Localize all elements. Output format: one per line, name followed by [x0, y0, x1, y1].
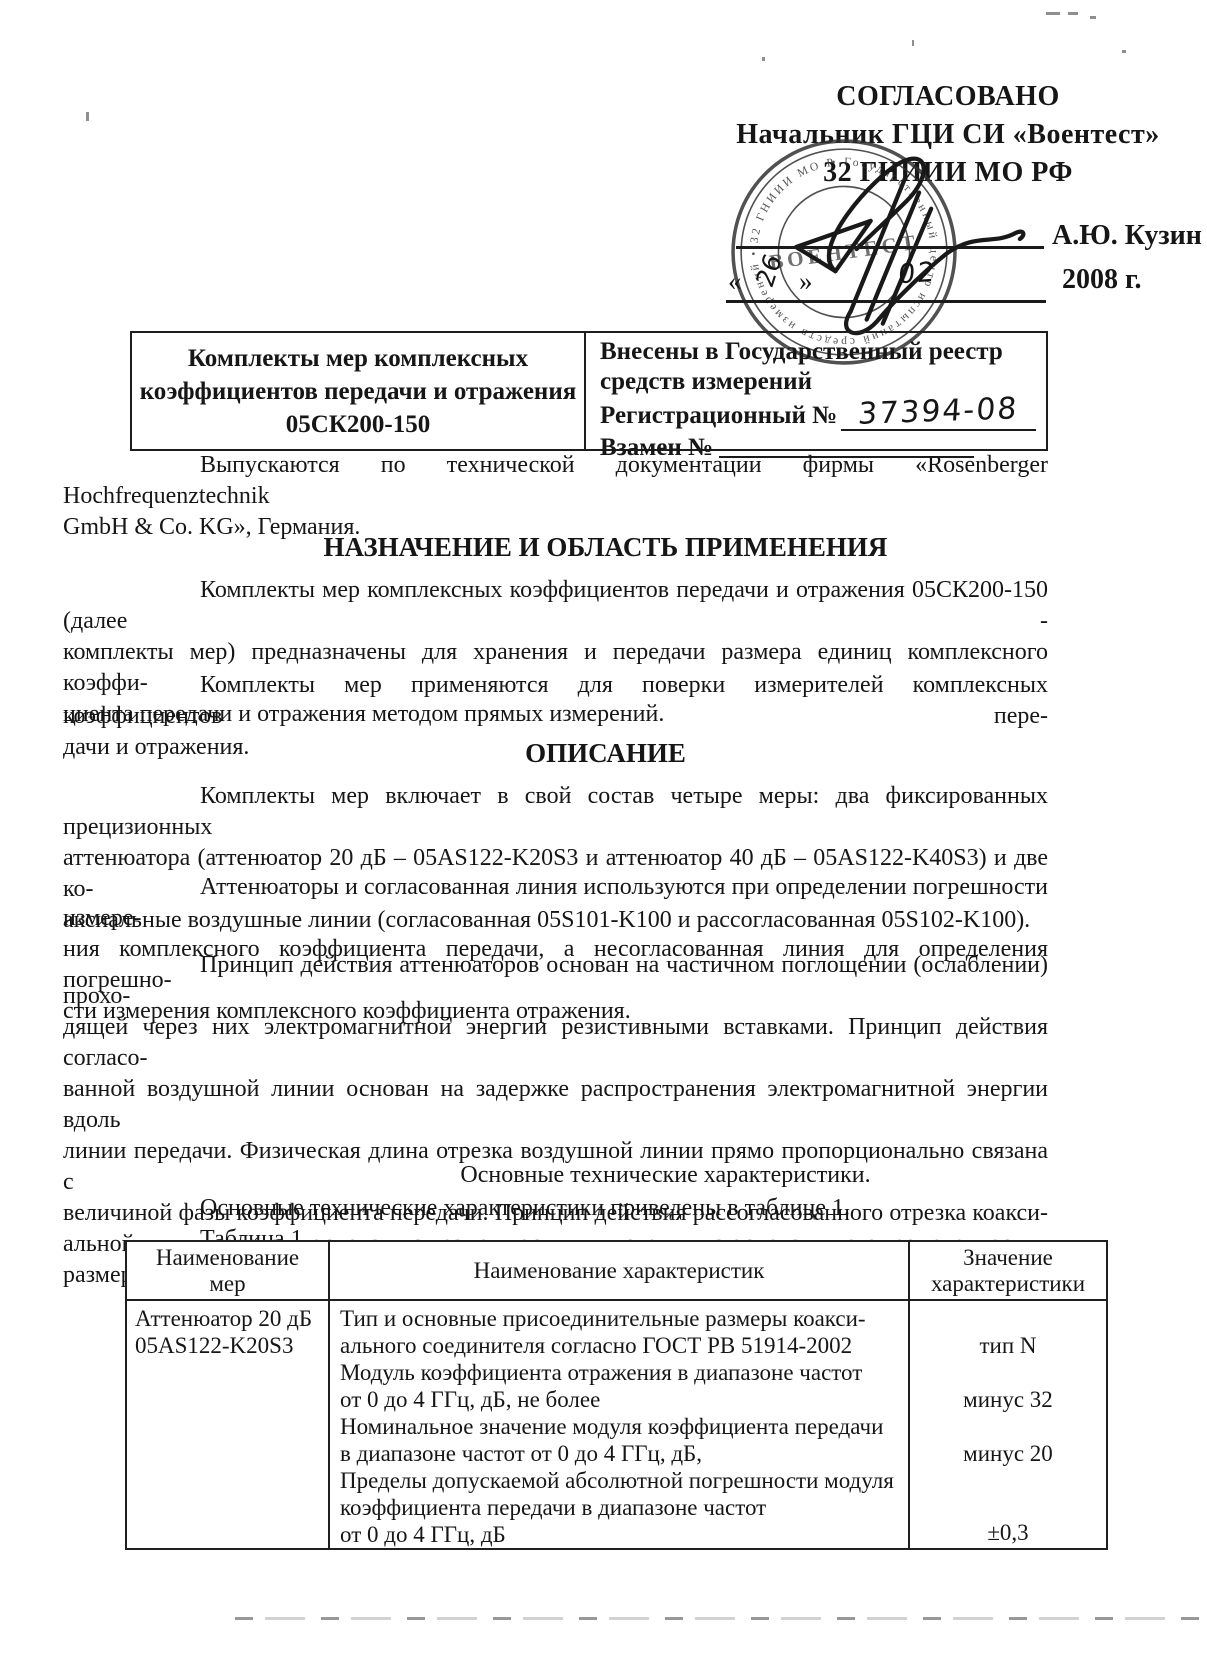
intro-paragraph: Выпускаются по технической документации … [63, 450, 1048, 543]
characteristics-cell: Тип и основные присоединительные размеры… [330, 1301, 1106, 1548]
measure-name-cell: Аттенюатор 20 дБ 05AS122-K20S3 [127, 1301, 330, 1548]
characteristic-line: Номинальное значение модуля коэффициента… [340, 1413, 908, 1440]
tech-note: Основные технические характеристики прив… [63, 1193, 1048, 1224]
paragraph-line: Комплекты мер применяются для поверки из… [63, 670, 1048, 732]
characteristic-line: ального соединителя согласно ГОСТ РВ 519… [340, 1332, 908, 1359]
handwritten-month: 02 [897, 257, 937, 291]
paragraph-line: Принцип действия аттенюаторов основан на… [63, 950, 1048, 1012]
paragraph-line: Комплекты мер включает в свой состав чет… [63, 781, 1048, 843]
paragraph-line: Комплекты мер комплексных коэффициентов … [63, 575, 1048, 637]
scan-speck [1068, 12, 1078, 15]
registry-cell: Внесены в Государственный реестр средств… [586, 333, 1046, 449]
signer-name: А.Ю. Кузин [1052, 220, 1202, 252]
characteristic-value: ±0,3 [908, 1467, 1106, 1548]
scan-speck [762, 57, 765, 61]
characteristic-group: Модуль коэффициента отражения в диапазон… [330, 1359, 1106, 1413]
characteristic-group: Пределы допускаемой абсолютной погрешнос… [330, 1467, 1106, 1548]
characteristic-line: Тип и основные присоединительные размеры… [340, 1305, 908, 1332]
approval-title: СОГЛАСОВАНО [700, 78, 1196, 116]
characteristic-value: минус 20 [908, 1413, 1106, 1467]
header-characteristic-value: Значение характеристики [908, 1242, 1106, 1299]
scan-speck [912, 40, 914, 46]
registration-label: Регистрационный № [600, 401, 837, 431]
characteristic-group: Номинальное значение модуля коэффициента… [330, 1413, 1106, 1467]
scan-speck [1122, 50, 1126, 53]
characteristic-line: Модуль коэффициента отражения в диапазон… [340, 1359, 908, 1386]
signature-line [736, 220, 1044, 249]
characteristic-line: Пределы допускаемой абсолютной погрешнос… [340, 1467, 908, 1494]
characteristic-line: от 0 до 4 ГГц, дБ, не более [340, 1386, 908, 1413]
characteristics-table: Наименование мер Наименование характерис… [125, 1240, 1108, 1550]
document-page: СОГЛАСОВАНО Начальник ГЦИ СИ «Воентест» … [0, 0, 1207, 1672]
header-characteristic-name: Наименование характеристик [330, 1242, 908, 1299]
paragraph-line: дящей через них электромагнитной энергии… [63, 1012, 1048, 1074]
section-heading-description: ОПИСАНИЕ [63, 737, 1098, 769]
scan-speck [1090, 16, 1096, 19]
tech-subtitle: Основные технические характеристики. [63, 1160, 1158, 1191]
characteristic-line: в диапазоне частот от 0 до 4 ГГц, дБ, [340, 1440, 908, 1467]
table-row: Аттенюатор 20 дБ 05AS122-K20S3 Тип и осн… [127, 1301, 1106, 1548]
scan-speck [1046, 12, 1060, 15]
header-measure-name: Наименование мер [127, 1242, 330, 1299]
characteristic-group: Тип и основные присоединительные размеры… [330, 1301, 1106, 1359]
registration-number-row: Регистрационный № 37394-08 [600, 397, 1036, 431]
paragraph-line: Аттенюаторы и согласованная линия исполь… [63, 872, 1048, 934]
paragraph-line: Выпускаются по технической документации … [63, 450, 1048, 512]
characteristic-line: от 0 до 4 ГГц, дБ [340, 1521, 908, 1548]
table-header-row: Наименование мер Наименование характерис… [127, 1242, 1106, 1301]
characteristic-value: тип N [908, 1301, 1106, 1359]
title-registry-box: Комплекты мер комплексных коэффициентов … [130, 331, 1048, 451]
registry-line1: Внесены в Государственный реестр [600, 337, 1036, 367]
characteristic-line: коэффициента передачи в диапазоне частот [340, 1494, 908, 1521]
characteristic-value: минус 32 [908, 1359, 1106, 1413]
scan-noise-line [235, 1617, 1207, 1620]
handwritten-registration-number: 37394-08 [857, 394, 1019, 430]
paragraph-line: ванной воздушной линии основан на задерж… [63, 1074, 1048, 1136]
instrument-title: Комплекты мер комплексных коэффициентов … [132, 333, 586, 449]
registration-number-underline: 37394-08 [841, 397, 1036, 431]
section-heading-purpose: НАЗНАЧЕНИЕ И ОБЛАСТЬ ПРИМЕНЕНИЯ [63, 531, 1098, 563]
date-year: 2008 г. [1062, 264, 1142, 296]
date-underline [726, 272, 1046, 303]
scan-speck [86, 112, 89, 121]
